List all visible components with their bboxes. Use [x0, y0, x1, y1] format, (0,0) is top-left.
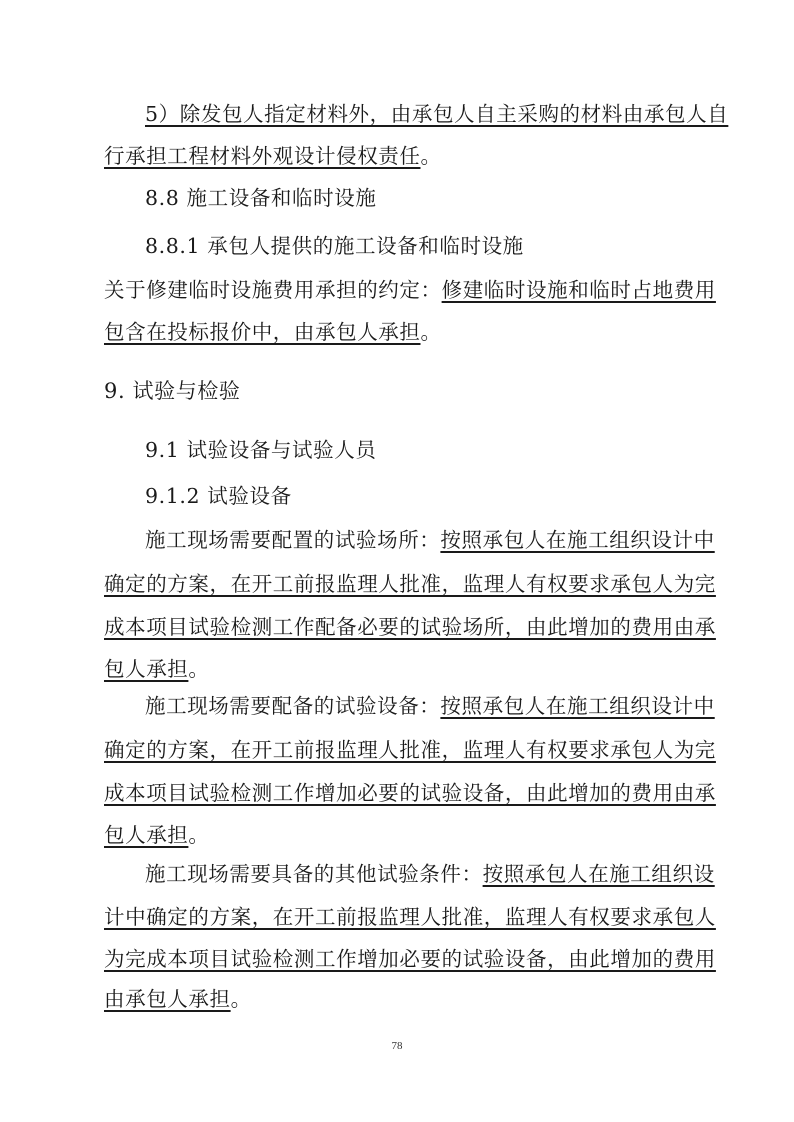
clause-label: 关于修建临时设施费用承担的约定：: [104, 278, 442, 302]
clause-value: 按照承包人在施工组织设计中: [440, 694, 714, 718]
paragraph-1-line2: 确定的方案，在开工前报监理人批准，监理人有权要求承包人为完: [104, 570, 704, 598]
section-8-8-heading: 8.8 施工设备和临时设施: [145, 184, 745, 212]
clause-value: 为完成本项目试验检测工作增加必要的试验设备，由此增加的费用: [104, 947, 716, 971]
clause-label: 施工现场需要配置的试验场所：: [145, 528, 440, 552]
clause-value: 按照承包人在施工组织设计中: [440, 528, 714, 552]
underlined-text: 行承担工程材料外观设计侵权责任: [104, 144, 421, 168]
clause-value: 成本项目试验检测工作增加必要的试验设备，由此增加的费用由承: [104, 781, 716, 805]
section-8-8-1-line1: 关于修建临时设施费用承担的约定：修建临时设施和临时占地费用: [104, 276, 704, 304]
underlined-text: 5）除发包人指定材料外，由承包人自主采购的材料由承包人自: [145, 102, 728, 126]
item5-line1: 5）除发包人指定材料外，由承包人自主采购的材料由承包人自: [145, 100, 745, 128]
paragraph-2-line4: 包人承担。: [104, 821, 704, 849]
punctuation: 。: [188, 657, 209, 681]
paragraph-3-line3: 为完成本项目试验检测工作增加必要的试验设备，由此增加的费用: [104, 945, 704, 973]
clause-value: 由承包人承担: [104, 987, 231, 1011]
section-9-heading: 9. 试验与检验: [104, 377, 704, 405]
clause-value: 按照承包人在施工组织设: [483, 862, 715, 886]
clause-value: 包人承担: [104, 657, 188, 681]
clause-value: 成本项目试验检测工作配备必要的试验场所，由此增加的费用由承: [104, 615, 716, 639]
clause-value: 包含在投标报价中，由承包人承担: [104, 320, 421, 344]
paragraph-3-line1: 施工现场需要具备的其他试验条件：按照承包人在施工组织设: [145, 860, 745, 888]
clause-value: 计中确定的方案，在开工前报监理人批准，监理人有权要求承包人: [104, 905, 716, 929]
clause-value: 确定的方案，在开工前报监理人批准，监理人有权要求承包人为完: [104, 738, 716, 762]
punctuation: 。: [188, 823, 209, 847]
clause-value: 包人承担: [104, 823, 188, 847]
punctuation: 。: [421, 144, 442, 168]
clause-label: 施工现场需要具备的其他试验条件：: [145, 862, 483, 886]
paragraph-1-line3: 成本项目试验检测工作配备必要的试验场所，由此增加的费用由承: [104, 613, 704, 641]
paragraph-1-line4: 包人承担。: [104, 655, 704, 683]
paragraph-2-line1: 施工现场需要配备的试验设备：按照承包人在施工组织设计中: [145, 692, 745, 720]
clause-value: 确定的方案，在开工前报监理人批准，监理人有权要求承包人为完: [104, 572, 716, 596]
section-9-1-heading: 9.1 试验设备与试验人员: [145, 436, 745, 464]
punctuation: 。: [421, 320, 442, 344]
section-9-1-2-heading: 9.1.2 试验设备: [145, 482, 745, 510]
item5-line2: 行承担工程材料外观设计侵权责任。: [104, 142, 704, 170]
paragraph-2-line2: 确定的方案，在开工前报监理人批准，监理人有权要求承包人为完: [104, 736, 704, 764]
section-8-8-1-line2: 包含在投标报价中，由承包人承担。: [104, 318, 704, 346]
page-number: 78: [0, 1040, 794, 1052]
paragraph-2-line3: 成本项目试验检测工作增加必要的试验设备，由此增加的费用由承: [104, 779, 704, 807]
paragraph-1-line1: 施工现场需要配置的试验场所：按照承包人在施工组织设计中: [145, 526, 745, 554]
clause-value: 修建临时设施和临时占地费用: [442, 278, 716, 302]
punctuation: 。: [231, 987, 252, 1011]
paragraph-3-line2: 计中确定的方案，在开工前报监理人批准，监理人有权要求承包人: [104, 903, 704, 931]
section-8-8-1-heading: 8.8.1 承包人提供的施工设备和临时设施: [145, 232, 745, 260]
paragraph-3-line4: 由承包人承担。: [104, 985, 704, 1013]
clause-label: 施工现场需要配备的试验设备：: [145, 694, 440, 718]
